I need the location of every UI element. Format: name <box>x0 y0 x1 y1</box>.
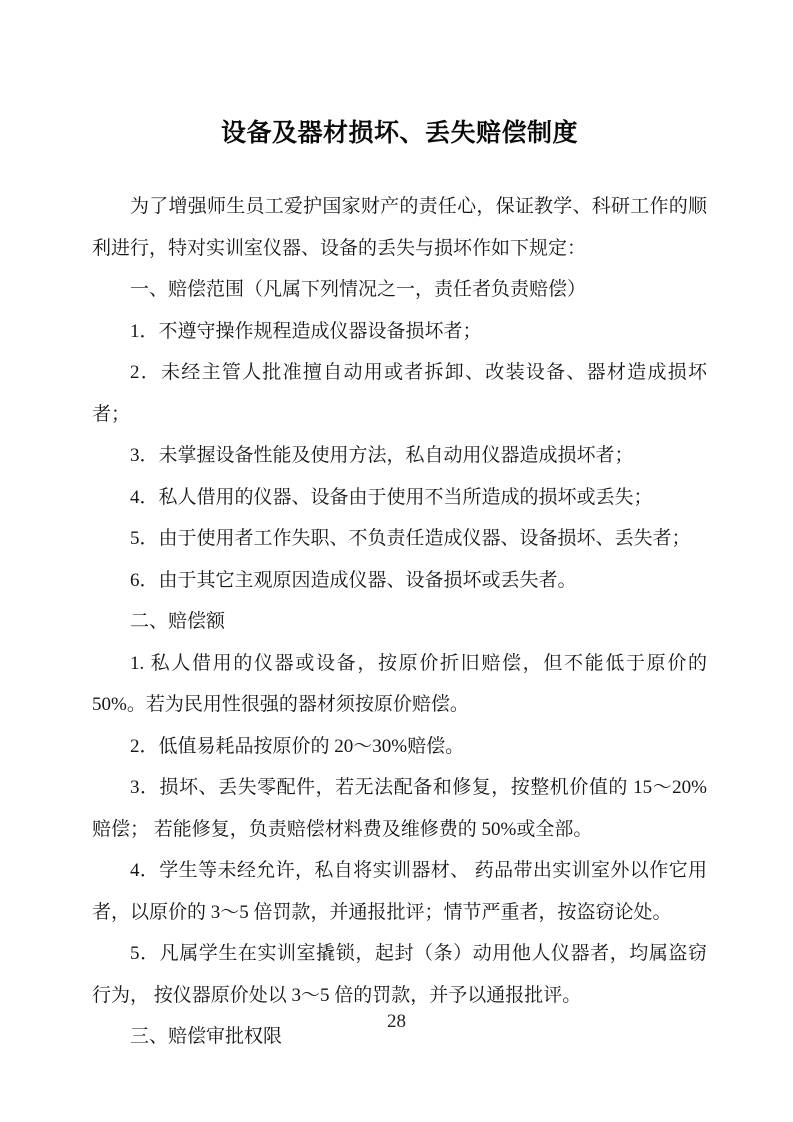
section-two-item-1: 1. 私人借用的仪器或设备，按原价折旧赔偿，但不能低于原价的 50%。若为民用性… <box>92 643 707 726</box>
section-one-item-3: 3．未掌握设备性能及使用方法，私自动用仪器造成损坏者； <box>92 435 707 477</box>
section-one-item-5: 5．由于使用者工作失职、不负责任造成仪器、设备损坏、丢失者； <box>92 518 707 560</box>
section-two-item-2: 2．低值易耗品按原价的 20～30%赔偿。 <box>92 726 707 768</box>
section-two-item-5: 5．凡属学生在实训室撬锁，起封（条）动用他人仪器者，均属盗窃行为， 按仪器原价处… <box>92 933 707 1016</box>
document-page: 设备及器材损坏、丢失赔偿制度 为了增强师生员工爱护国家财产的责任心，保证教学、科… <box>0 0 793 1122</box>
document-title: 设备及器材损坏、丢失赔偿制度 <box>92 113 707 153</box>
section-one-item-2: 2．未经主管人批准擅自动用或者拆卸、改装设备、器材造成损坏者； <box>92 352 707 435</box>
section-one-item-1: 1．不遵守操作规程造成仪器设备损坏者； <box>92 311 707 353</box>
page-footer: 28 <box>0 1008 793 1036</box>
page-number: 28 <box>387 1011 406 1032</box>
section-two-heading: 二、赔偿额 <box>92 601 707 643</box>
section-two-item-3: 3．损坏、丢失零配件，若无法配备和修复，按整机价值的 15～20%赔偿； 若能修… <box>92 767 707 850</box>
document-body: 设备及器材损坏、丢失赔偿制度 为了增强师生员工爱护国家财产的责任心，保证教学、科… <box>92 0 707 1058</box>
section-two-item-4: 4．学生等未经允许，私自将实训器材、 药品带出实训室外以作它用者，以原价的 3～… <box>92 850 707 933</box>
intro-paragraph: 为了增强师生员工爱护国家财产的责任心，保证教学、科研工作的顺利进行，特对实训室仪… <box>92 186 707 269</box>
section-one-item-4: 4．私人借用的仪器、设备由于使用不当所造成的损坏或丢失； <box>92 477 707 519</box>
section-one-item-6: 6．由于其它主观原因造成仪器、设备损坏或丢失者。 <box>92 560 707 602</box>
section-one-heading: 一、赔偿范围（凡属下列情况之一，责任者负责赔偿） <box>92 269 707 311</box>
